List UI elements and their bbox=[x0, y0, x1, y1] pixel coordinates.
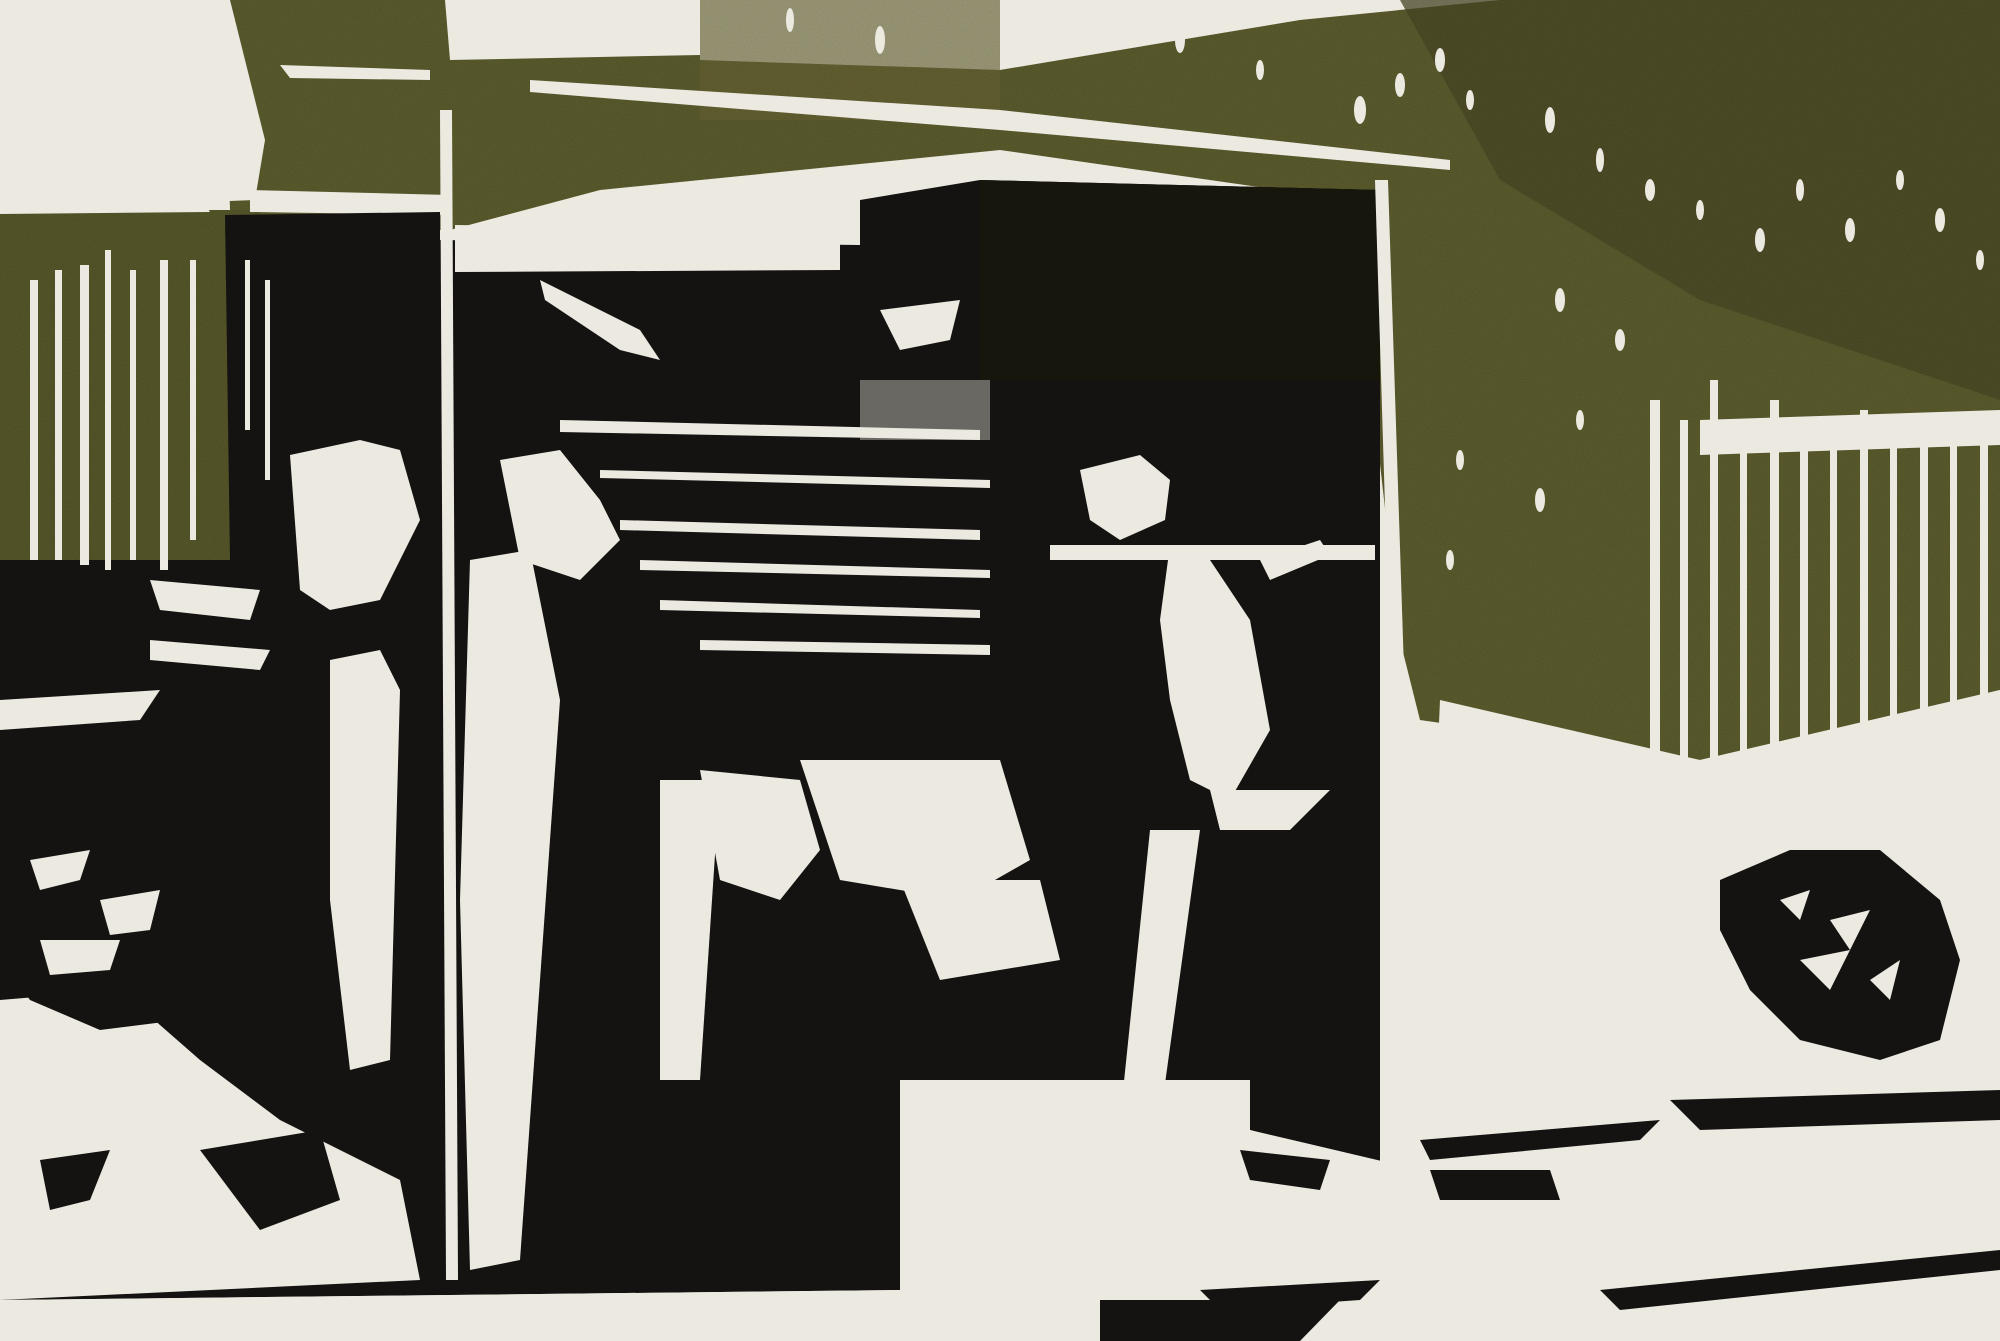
linocut-artwork bbox=[0, 0, 2000, 1341]
